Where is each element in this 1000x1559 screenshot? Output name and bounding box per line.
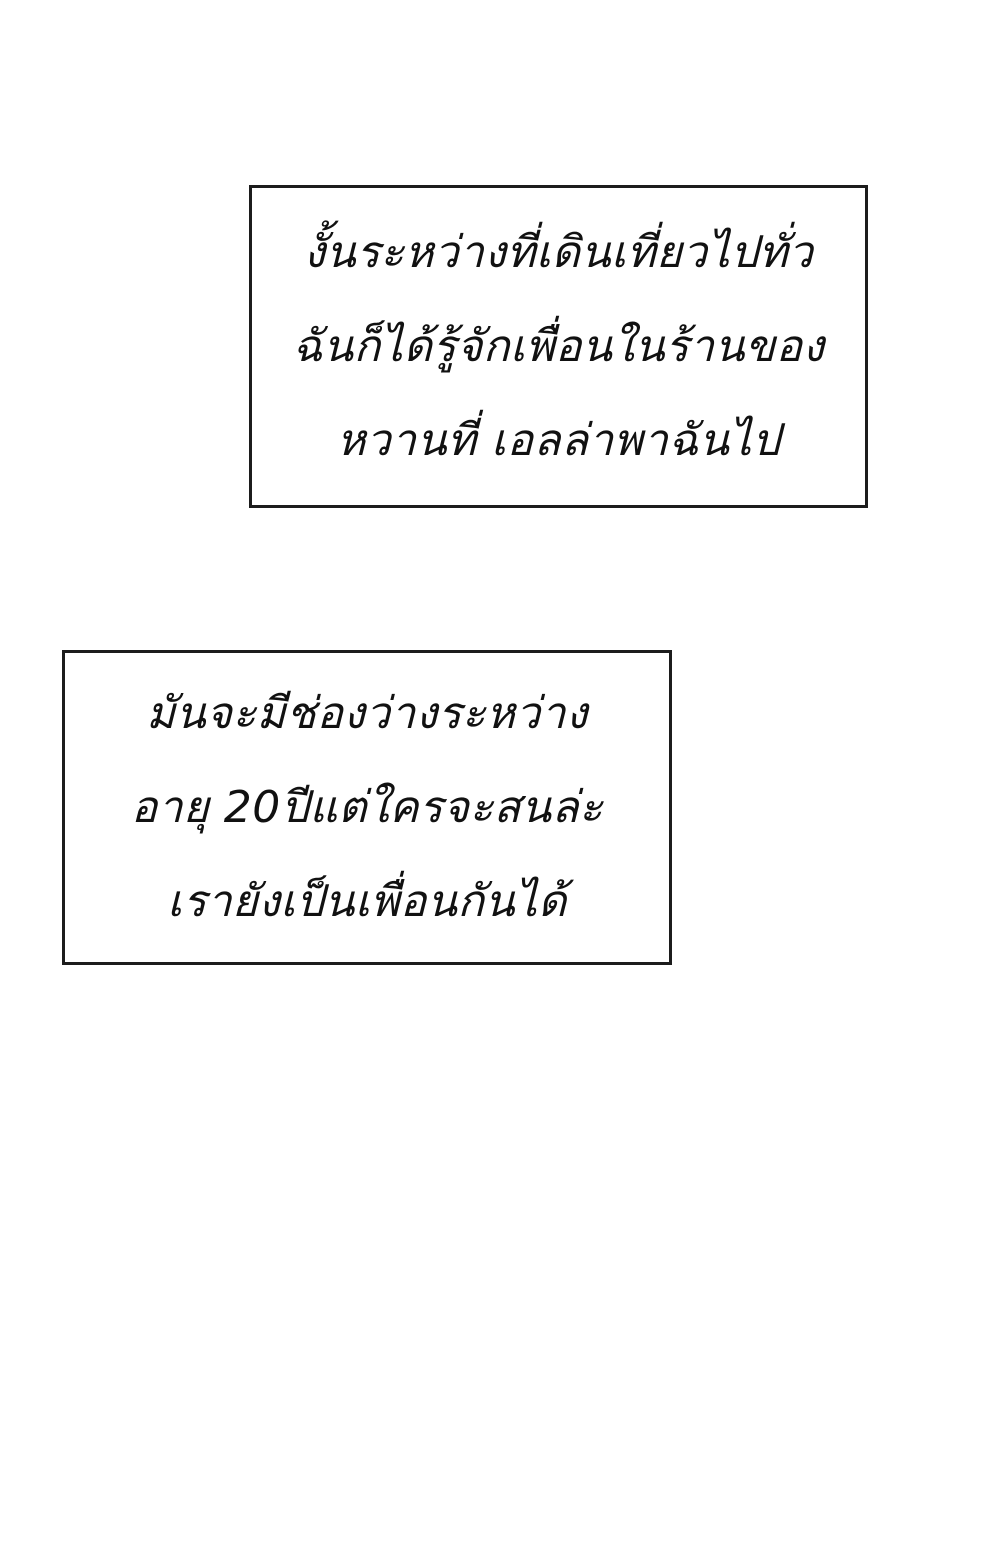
narration-1-line-3: หวานที่ เอลล่าพาฉันไป <box>337 394 781 488</box>
narration-box-2: มันจะมีช่องว่างระหว่าง อายุ 20ปีแต่ใครจะ… <box>62 650 672 965</box>
narration-2-line-1: มันจะมีช่องว่างระหว่าง <box>146 667 588 761</box>
narration-1-line-1: งั้นระหว่างที่เดินเที่ยวไปทั่ว <box>304 206 814 300</box>
comic-page: งั้นระหว่างที่เดินเที่ยวไปทั่ว ฉันก็ได้ร… <box>0 0 1000 1559</box>
narration-1-line-2: ฉันก็ได้รู้จักเพื่อนในร้านของ <box>293 300 825 394</box>
narration-2-line-3: เรายังเป็นเพื่อนกันได้ <box>167 855 567 949</box>
narration-box-1: งั้นระหว่างที่เดินเที่ยวไปทั่ว ฉันก็ได้ร… <box>249 185 868 508</box>
narration-2-line-2: อายุ 20ปีแต่ใครจะสนล่ะ <box>131 761 603 855</box>
